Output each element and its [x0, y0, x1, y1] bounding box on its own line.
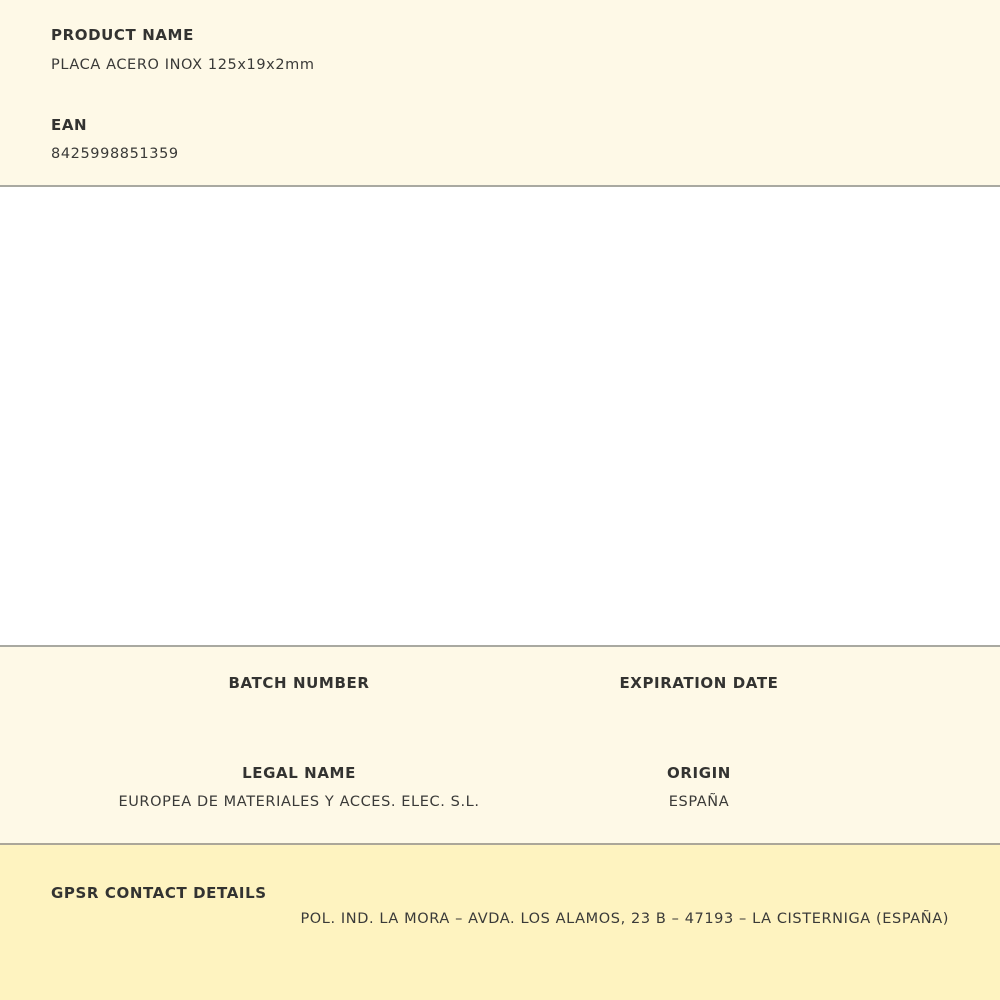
gpsr-contact-section: GPSR CONTACT DETAILS POL. IND. LA MORA –…: [0, 845, 1000, 1000]
blank-content-area: [0, 187, 1000, 645]
batch-number-field: BATCH NUMBER: [99, 674, 499, 721]
legal-name-field: LEGAL NAME EUROPEA DE MATERIALES Y ACCES…: [99, 764, 499, 810]
expiration-date-field: EXPIRATION DATE: [499, 674, 899, 721]
ean-label: EAN: [51, 116, 87, 134]
product-header-section: PRODUCT NAME PLACA ACERO INOX 125x19x2mm…: [0, 0, 1000, 187]
origin-field: ORIGIN ESPAÑA: [499, 764, 899, 810]
batch-number-value: [99, 704, 499, 721]
gpsr-contact-address: POL. IND. LA MORA – AVDA. LOS ALAMOS, 23…: [300, 911, 949, 927]
batch-number-label: BATCH NUMBER: [99, 674, 499, 692]
legal-name-value: EUROPEA DE MATERIALES Y ACCES. ELEC. S.L…: [99, 794, 499, 810]
origin-label: ORIGIN: [499, 764, 899, 782]
product-name-label: PRODUCT NAME: [51, 26, 194, 44]
legal-name-label: LEGAL NAME: [99, 764, 499, 782]
product-name-value: PLACA ACERO INOX 125x19x2mm: [51, 57, 315, 73]
expiration-date-value: [499, 704, 899, 721]
gpsr-contact-label: GPSR CONTACT DETAILS: [51, 884, 267, 902]
expiration-date-label: EXPIRATION DATE: [499, 674, 899, 692]
ean-value: 8425998851359: [51, 146, 179, 162]
origin-value: ESPAÑA: [499, 794, 899, 810]
product-info-section: BATCH NUMBER EXPIRATION DATE LEGAL NAME …: [0, 645, 1000, 845]
